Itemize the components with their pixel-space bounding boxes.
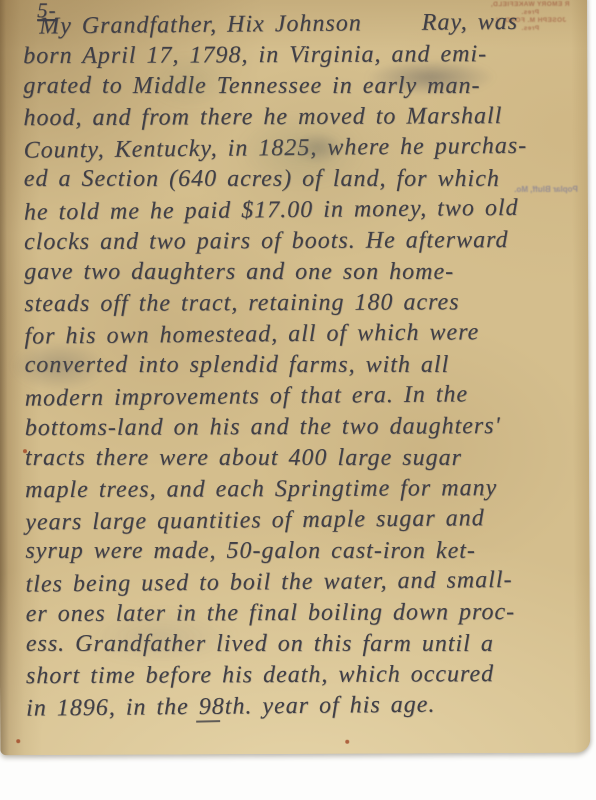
rust-speck	[23, 449, 27, 453]
handwritten-line: grated to Middle Tennessee in early man-	[23, 71, 575, 102]
handwritten-text-block: My Grandfather, Hix Johnson Ray, was bor…	[23, 8, 578, 723]
handwritten-line: ed a Section (640 acres) of land, for wh…	[24, 164, 576, 195]
handwritten-line: born April 17, 1798, in Virginia, and em…	[23, 39, 575, 72]
handwritten-line: My Grandfather, Hix Johnson Ray, was	[23, 6, 575, 42]
handwritten-line: for his own homestead, all of which were	[24, 316, 576, 352]
handwritten-line: tracts there were about 400 large sugar	[25, 443, 577, 474]
handwritten-line: bottoms-land on his and the two daughter…	[25, 411, 577, 444]
handwritten-line: clocks and two pairs of boots. He afterw…	[24, 225, 576, 258]
handwritten-line: modern improvements of that era. In the	[25, 378, 577, 414]
handwritten-line: hood, and from there he moved to Marshal…	[23, 101, 575, 134]
rust-speck	[16, 739, 20, 743]
handwritten-line: er ones later in the final boiling down …	[26, 597, 578, 630]
handwritten-line: converted into splendid farms, with all	[25, 350, 577, 381]
handwritten-line: years large quantities of maple sugar an…	[25, 502, 577, 538]
handwritten-line: maple trees, and each Springtime for man…	[25, 473, 577, 506]
handwritten-line: syrup were made, 50-galon cast-iron ket-	[25, 536, 577, 567]
handwritten-line: steads off the tract, retaining 180 acre…	[24, 287, 576, 320]
handwritten-line: he told me he paid $17.00 in money, two …	[24, 192, 576, 228]
handwritten-line: County, Kentucky, in 1825, where he purc…	[24, 130, 576, 166]
handwritten-line: gave two daughters and one son home-	[24, 257, 576, 288]
handwritten-line: in 1896, in the 98th. year of his age.	[26, 688, 578, 724]
handwritten-line: tles being used to boil the water, and s…	[25, 564, 577, 600]
handwritten-line: short time before his death, which occur…	[26, 659, 578, 692]
handwritten-line: ess. Grandfather lived on this farm unti…	[26, 629, 578, 660]
manuscript-page: R EMORY WAKEFIELD, Pres. JOSEPH M. FORD,…	[0, 0, 590, 755]
rust-speck	[345, 740, 349, 744]
